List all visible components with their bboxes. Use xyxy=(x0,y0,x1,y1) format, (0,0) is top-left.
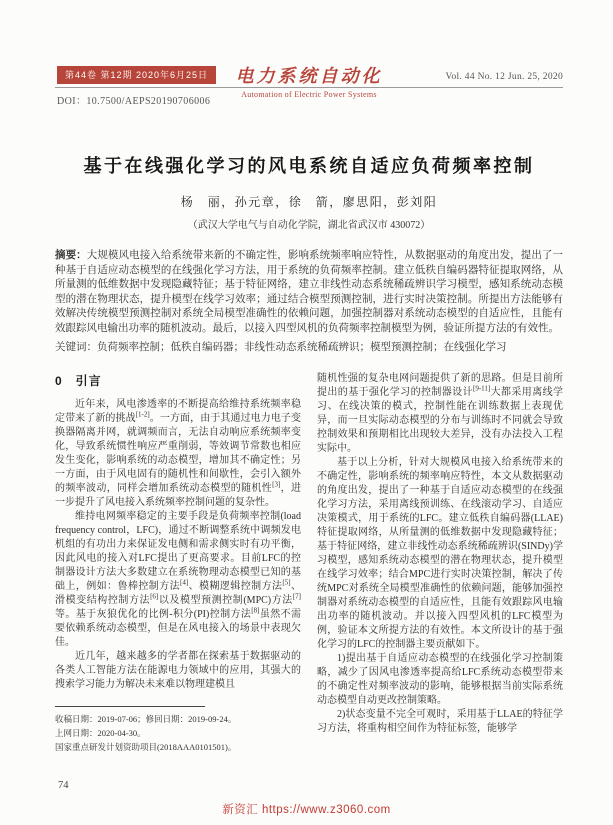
body-paragraph: 近几年，越来越多的学者都在探索基于数据驱动的各类人工智能方法在能源电力领域中的应… xyxy=(55,650,301,692)
journal-header: 第44卷 第12期 2020年6月25日 DOI：10.7500/AEPS201… xyxy=(55,62,563,110)
affiliation: （武汉大学电气与自动化学院，湖北省武汉市 430072） xyxy=(55,216,563,231)
abstract-label: 摘要： xyxy=(55,249,87,261)
body-paragraph: 1)提出基于自适应动态模型的在线强化学习控制策略，减少了因风电渗透率提高给LFC… xyxy=(317,652,563,708)
right-column-paragraphs: 随机性强的复杂电网问题提供了新的思路。但是目前所提出的基于强化学习的控制器设计[… xyxy=(317,372,563,736)
keywords-text: 负荷频率控制；低秩自编码器；非线性动态系统稀疏辨识；模型预测控制；在线强化学习 xyxy=(97,342,507,353)
keywords: 关键词：负荷频率控制；低秩自编码器；非线性动态系统稀疏辨识；模型预测控制；在线强… xyxy=(55,341,563,356)
abstract-text: 大规模风电接入给系统带来新的不确定性，影响系统频率响应特性，从数据驱动的角度出发… xyxy=(55,250,563,334)
footnote-online-date: 上网日期：2020-04-30。 xyxy=(55,726,301,740)
keywords-label: 关键词： xyxy=(55,342,97,353)
footnote-divider xyxy=(55,706,205,707)
left-column: 0 引言 近年来，风电渗透率的不断提高给维持系统频率稳定带来了新的挑战[1-2]… xyxy=(55,372,301,754)
left-column-paragraphs: 近年来，风电渗透率的不断提高给维持系统频率稳定带来了新的挑战[1-2]。一方面，… xyxy=(55,398,301,692)
body-paragraph: 2)状态变量不完全可观时，采用基于LLAE的特征学习方法，将重构相空间作为特征标… xyxy=(317,708,563,736)
author-list: 杨 丽，孙元章，徐 箭，廖思阳，彭刘阳 xyxy=(55,193,563,210)
body-paragraph: 随机性强的复杂电网问题提供了新的思路。但是目前所提出的基于强化学习的控制器设计[… xyxy=(317,372,563,456)
journal-name-en: Automation of Electric Power Systems xyxy=(55,90,563,99)
watermark-link[interactable]: 新资汇 https://www.z3060.com xyxy=(0,801,613,817)
footnote-received-date: 收稿日期：2019-07-06；修回日期：2019-09-24。 xyxy=(55,712,301,726)
article-title: 基于在线强化学习的风电系统自适应负荷频率控制 xyxy=(55,152,563,178)
volume-info: Vol. 44 No. 12 Jun. 25, 2020 xyxy=(446,72,563,82)
section-heading-introduction: 0 引言 xyxy=(55,374,301,388)
body-paragraph: 基于以上分析，针对大规模风电接入给系统带来的不确定性，影响系统的频率响应特性，本… xyxy=(317,456,563,652)
body-paragraph: 维持电网频率稳定的主要手段是负荷频率控制(load frequency cont… xyxy=(55,510,301,650)
abstract: 摘要：大规模风电接入给系统带来新的不确定性，影响系统频率响应特性，从数据驱动的角… xyxy=(55,248,563,336)
paper-page: 第44卷 第12期 2020年6月25日 DOI：10.7500/AEPS201… xyxy=(0,0,613,825)
body-paragraph: 近年来，风电渗透率的不断提高给维持系统频率稳定带来了新的挑战[1-2]。一方面，… xyxy=(55,398,301,510)
footnote-funding: 国家重点研发计划资助项目(2018AAA0101501)。 xyxy=(55,740,301,754)
two-column-body: 0 引言 近年来，风电渗透率的不断提高给维持系统频率稳定带来了新的挑战[1-2]… xyxy=(55,372,563,754)
right-column: 随机性强的复杂电网问题提供了新的思路。但是目前所提出的基于强化学习的控制器设计[… xyxy=(317,372,563,754)
footnote: 收稿日期：2019-07-06；修回日期：2019-09-24。 上网日期：20… xyxy=(55,706,301,754)
page-number: 74 xyxy=(58,780,69,791)
